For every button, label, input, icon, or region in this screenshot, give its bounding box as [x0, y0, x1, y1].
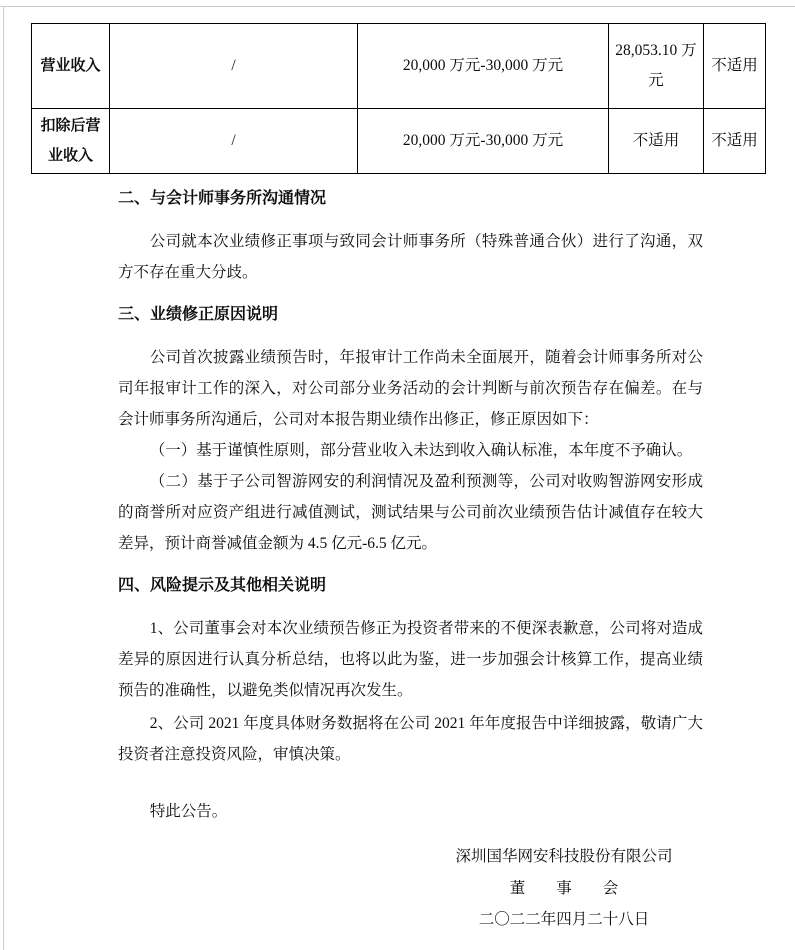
paragraph-risk-1: 1、公司董事会对本次业绩预告修正为投资者带来的不便深表歉意，公司将对造成差异的原… — [118, 613, 703, 706]
signature-date: 二〇二二年四月二十八日 — [451, 904, 677, 936]
page-left-edge — [3, 6, 4, 950]
cell-revenue-na: 不适用 — [704, 24, 766, 109]
document-body: 二、与会计师事务所沟通情况 公司就本次业绩修正事项与致同会计师事务所（特殊普通合… — [118, 162, 703, 936]
section-heading-revision-reason: 三、业绩修正原因说明 — [118, 304, 703, 326]
signature-board: 董 事 会 — [451, 873, 677, 905]
cell-revenue-revised: 28,053.10 万元 — [609, 24, 704, 109]
performance-revision-table: 营业收入 / 20,000 万元-30,000 万元 28,053.10 万元 … — [31, 23, 766, 174]
paragraph-reason-2: （二）基于子公司智游网安的利润情况及盈利预测等，公司对收购智游网安形成的商誉所对… — [118, 466, 703, 559]
cell-deducted-na: 不适用 — [704, 109, 766, 174]
paragraph-risk-2: 2、公司 2021 年度具体财务数据将在公司 2021 年年度报告中详细披露，敬… — [118, 708, 703, 770]
section-heading-communication: 二、与会计师事务所沟通情况 — [118, 188, 703, 210]
closing-statement: 特此公告。 — [118, 796, 703, 827]
cell-revenue-prev: / — [110, 24, 358, 109]
document-page: { "page": { "background": "#ffffff", "ed… — [0, 0, 795, 950]
section-heading-risk: 四、风险提示及其他相关说明 — [118, 575, 703, 597]
paragraph-revision-intro: 公司首次披露业绩预告时，年报审计工作尚未全面展开，随着会计师事务所对公司年报审计… — [118, 342, 703, 435]
paragraph-communication: 公司就本次业绩修正事项与致同会计师事务所（特殊普通合伙）进行了沟通，双方不存在重… — [118, 226, 703, 288]
paragraph-reason-1: （一）基于谨慎性原则，部分营业收入未达到收入确认标准，本年度不予确认。 — [118, 435, 703, 466]
page-top-edge — [0, 6, 795, 7]
row-label-revenue: 营业收入 — [32, 24, 110, 109]
table-row-revenue: 营业收入 / 20,000 万元-30,000 万元 28,053.10 万元 … — [32, 24, 766, 109]
signature-block: 深圳国华网安科技股份有限公司 董 事 会 二〇二二年四月二十八日 — [451, 841, 677, 936]
signature-company: 深圳国华网安科技股份有限公司 — [451, 841, 677, 873]
row-label-deducted-revenue: 扣除后营业收入 — [32, 109, 110, 174]
cell-revenue-range: 20,000 万元-30,000 万元 — [358, 24, 609, 109]
